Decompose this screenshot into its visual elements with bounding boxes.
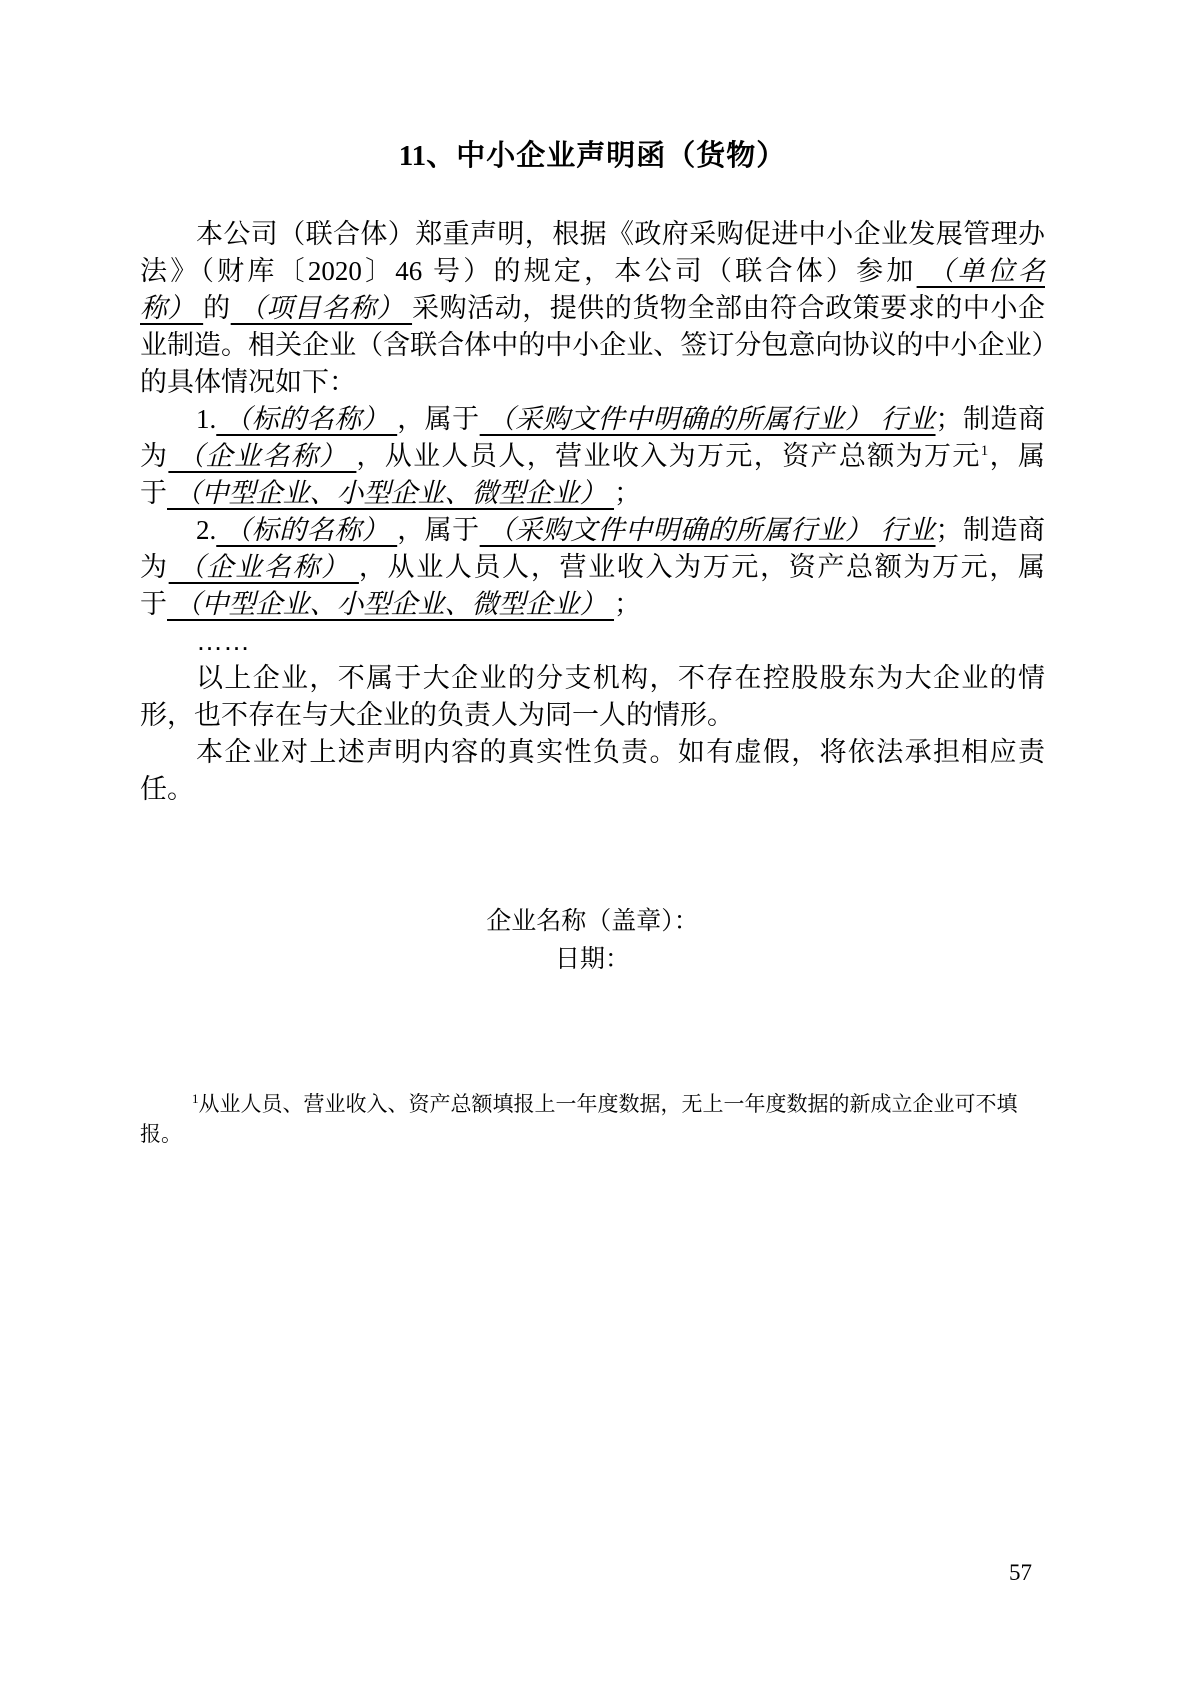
text-segment: 2. (196, 515, 216, 545)
text-segment: 号）的规定，本公司（联合体）参加 (422, 256, 916, 286)
blank-placeholder: （项目名称） (231, 293, 412, 323)
text-segment: 、中小企业声明函（货物） (426, 140, 786, 172)
para-declaration: 本公司（联合体）郑重声明，根据《政府采购促进中小企业发展管理办法》（财库〔202… (140, 216, 1045, 401)
para-item-1: 1. （标的名称） ，属于 （采购文件中明确的所属行业） 行业；制造商为 （企业… (140, 401, 1045, 512)
para-ellipsis: …… (140, 623, 1045, 660)
document-title: 11、中小企业声明函（货物） (140, 136, 1045, 176)
signature-date-line: 日期： (140, 940, 1045, 978)
blank-placeholder: （企业名称） (168, 441, 356, 471)
para-item-2: 2. （标的名称） ，属于 （采购文件中明确的所属行业） 行业；制造商为 （企业… (140, 512, 1045, 623)
text-segment: ； (614, 589, 641, 619)
text-segment: 46 (395, 256, 422, 286)
page-number: 57 (1009, 1560, 1032, 1586)
text-segment: 本企业对上述声明内容的真实性负责。如有虚假，将依法承担相应责任。 (140, 737, 1045, 804)
para-responsibility: 本企业对上述声明内容的真实性负责。如有虚假，将依法承担相应责任。 (140, 734, 1045, 808)
footnote: 1从业人员、营业收入、资产总额填报上一年度数据，无上一年度数据的新成立企业可不填… (140, 1090, 1045, 1150)
blank-placeholder: （标的名称） (216, 404, 397, 434)
text-segment: 以上企业，不属于大企业的分支机构，不存在控股股东为大企业的情形，也不存在与大企业… (140, 663, 1045, 730)
blank-placeholder: （企业名称） (169, 552, 359, 582)
footnote-text: 从业人员、营业收入、资产总额填报上一年度数据，无上一年度数据的新成立企业可不填报… (140, 1093, 1018, 1146)
text-segment: ，属于 (397, 515, 479, 545)
text-segment: 1. (196, 404, 216, 434)
text-segment: 的 (203, 293, 231, 323)
text-segment: 11 (399, 140, 426, 172)
blank-placeholder: （标的名称） (216, 515, 397, 545)
text-segment: ； (614, 478, 641, 508)
text-segment: ，属于 (397, 404, 479, 434)
blank-placeholder: （中型企业、小型企业、微型企业） (167, 478, 614, 508)
document-page: 11、中小企业声明函（货物） 本公司（联合体）郑重声明，根据《政府采购促进中小企… (0, 0, 1190, 1682)
text-segment: 2020 (308, 256, 362, 286)
blank-placeholder: （中型企业、小型企业、微型企业） (167, 589, 614, 619)
blank-placeholder: （采购文件中明确的所属行业） 行业 (480, 404, 936, 434)
document-body: 本公司（联合体）郑重声明，根据《政府采购促进中小企业发展管理办法》（财库〔202… (140, 216, 1045, 808)
text-segment: ，从业人员人，营业收入为万元，资产总额为万元 (356, 441, 980, 471)
blank-placeholder: （采购文件中明确的所属行业） 行业 (480, 515, 936, 545)
document-content: 11、中小企业声明函（货物） 本公司（联合体）郑重声明，根据《政府采购促进中小企… (140, 136, 1045, 978)
signature-block: 企业名称（盖章）： 日期： (140, 902, 1045, 978)
text-segment: …… (196, 626, 250, 656)
text-segment: 〕 (362, 256, 395, 286)
signature-company-line: 企业名称（盖章）： (140, 902, 1045, 940)
para-no-large-enterprise: 以上企业，不属于大企业的分支机构，不存在控股股东为大企业的情形，也不存在与大企业… (140, 660, 1045, 734)
